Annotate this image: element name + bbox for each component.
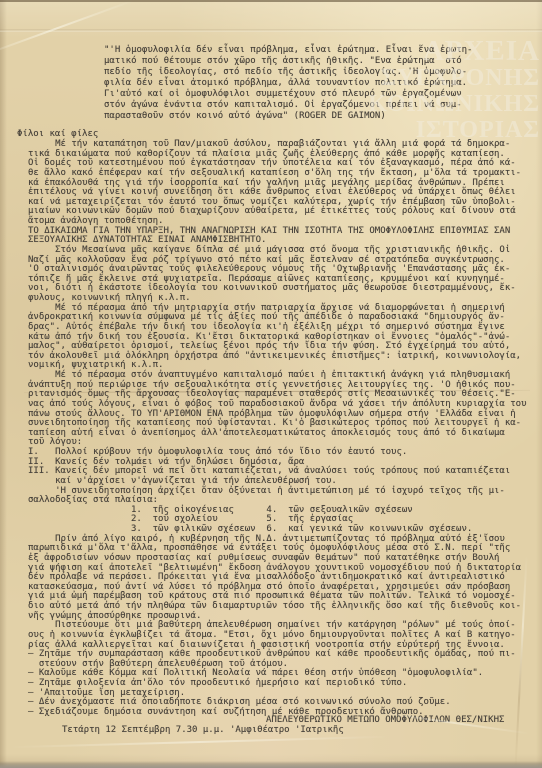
paper-crease-top <box>0 29 542 32</box>
event-date-line: Τετάρτη 12 Σεπτέμβρη 7.30 μ.μ. 'Αμφιθέατ… <box>62 726 344 736</box>
epigraph-quote: "'Η ὁμοφυλοφιλία δέν εἶναι πρόβλημα, εἶν… <box>104 45 472 122</box>
paper-crease-bottom-1 <box>10 736 390 749</box>
scanned-leaflet-page: "'Η ὁμοφυλοφιλία δέν εἶναι πρόβλημα, εἶν… <box>0 0 542 768</box>
body-text: Μέ τήν καταπάτηση τοῦ Παν/μιακοῦ ἀσύλου,… <box>28 140 527 718</box>
page-edge-bottom <box>0 761 542 768</box>
salutation-line: Φίλοι καί φίλες <box>17 129 98 139</box>
page-edge-top <box>0 0 542 2</box>
